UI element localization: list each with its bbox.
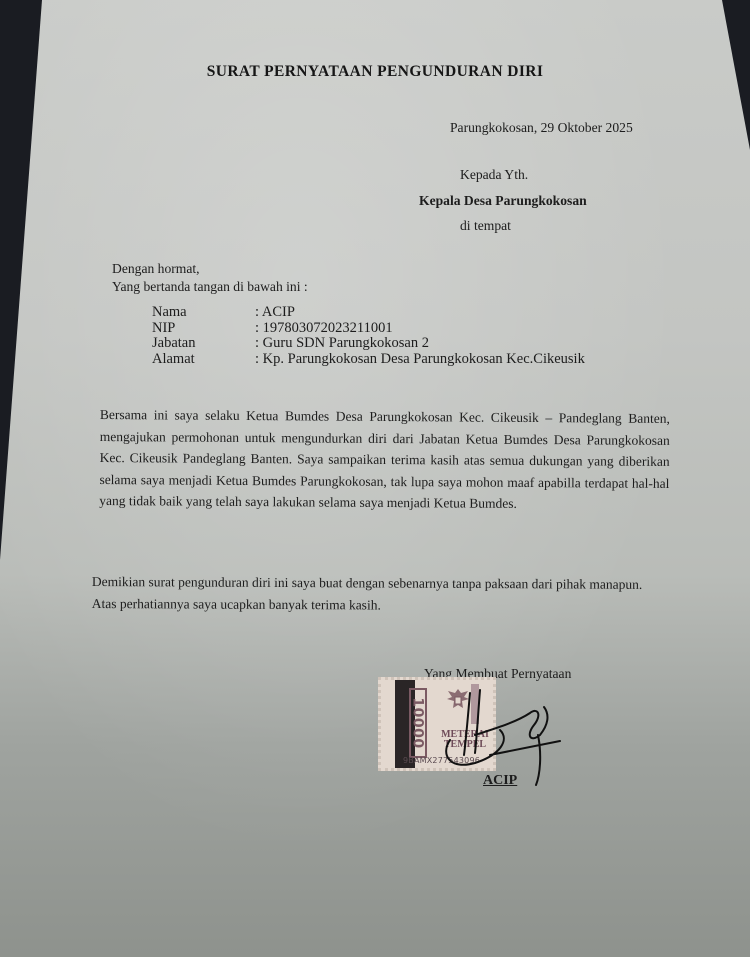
closing-line-1: Demikian surat pengunduran diri ini saya… <box>92 571 712 596</box>
closing-line-2: Atas perhatiannya saya ucapkan banyak te… <box>92 593 712 618</box>
identity-label: Jabatan <box>152 335 255 352</box>
identity-value: : Guru SDN Parungkokosan 2 <box>255 335 429 352</box>
identity-row-name: Nama : ACIP <box>152 305 585 321</box>
identity-row-address: Alamat : Kp. Parungkokosan Desa Parungko… <box>152 352 585 368</box>
identity-label: NIP <box>152 320 255 337</box>
greeting: Dengan hormat, <box>112 262 200 276</box>
body-text: Bersama ini saya selaku Ketua Bumdes Des… <box>99 404 670 516</box>
stamp-value-box: 10000 <box>409 688 427 758</box>
intro-line: Yang bertanda tangan di bawah ini : <box>112 280 308 294</box>
stamp-value: 10000 <box>410 697 426 748</box>
identity-value: : ACIP <box>255 304 295 321</box>
identity-row-position: Jabatan : Guru SDN Parungkokosan 2 <box>152 336 585 352</box>
identity-label: Nama <box>152 304 255 321</box>
closing-paragraph: Demikian surat pengunduran diri ini saya… <box>92 571 712 618</box>
letter-title: SURAT PERNYATAAN PENGUNDURAN DIRI <box>0 63 750 81</box>
identity-label: Alamat <box>152 351 255 368</box>
identity-row-nip: NIP : 197803072023211001 <box>152 321 585 337</box>
recipient-name: Kepala Desa Parungkokosan <box>419 194 587 208</box>
place-date: Parungkokosan, 29 Oktober 2025 <box>450 121 633 135</box>
identity-value: : Kp. Parungkokosan Desa Parungkokosan K… <box>255 351 585 368</box>
identity-table: Nama : ACIP NIP : 197803072023211001 Jab… <box>152 305 585 367</box>
recipient-salutation: Kepada Yth. <box>460 168 528 182</box>
body-paragraph: Bersama ini saya selaku Ketua Bumdes Des… <box>99 404 670 516</box>
identity-value: : 197803072023211001 <box>255 320 393 337</box>
signer-name: ACIP <box>483 773 517 789</box>
recipient-location: di tempat <box>460 219 511 233</box>
